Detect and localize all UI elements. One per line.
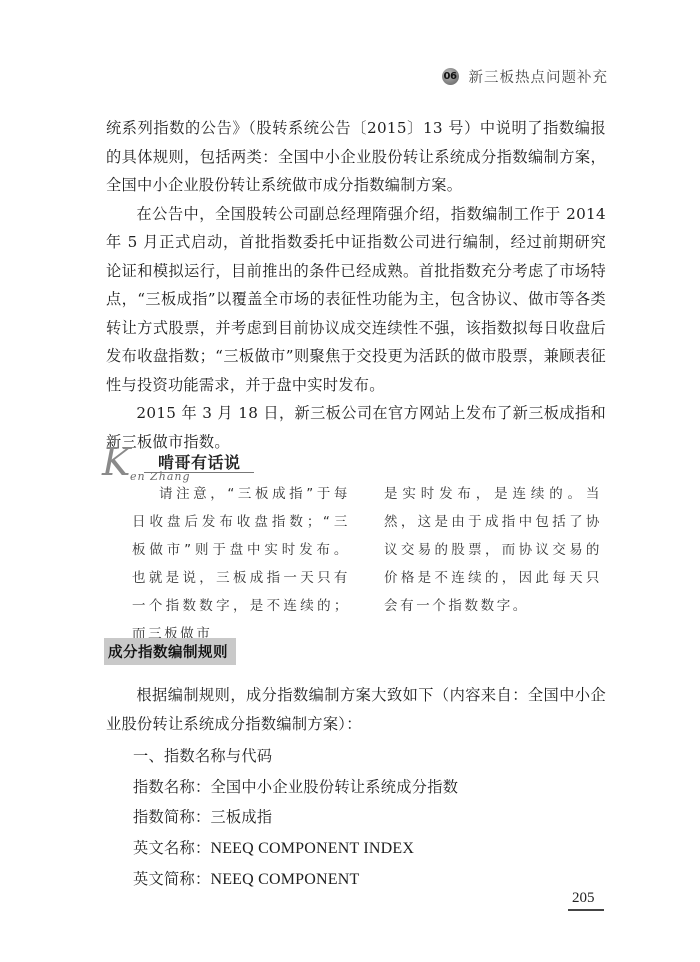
body-paragraphs: 统系列指数的公告》（股转系统公告〔2015〕13 号）中说明了指数编报的具体规则… — [106, 114, 606, 456]
item-value: 三板成指 — [210, 808, 272, 826]
page-number: 205 — [572, 890, 595, 907]
paragraph-announcement: 统系列指数的公告》（股转系统公告〔2015〕13 号）中说明了指数编报的具体规则… — [106, 114, 606, 200]
list-item-english-short-name: 英文简称：NEEQ COMPONENT — [133, 864, 458, 896]
section-intro: 根据编制规则，成分指数编制方案大致如下（内容来自：全国中小企业股份转让系统成分指… — [106, 681, 606, 738]
page-number-rule — [568, 909, 604, 911]
item-label: 英文名称： — [133, 839, 210, 857]
list-item-index-name: 指数名称：全国中小企业股份转让系统成分指数 — [133, 772, 458, 803]
running-header: 06 新三板热点问题补充 — [442, 66, 609, 87]
index-definition-list: 一、指数名称与代码 指数名称：全国中小企业股份转让系统成分指数 指数简称：三板成… — [133, 741, 458, 896]
list-item-english-name: 英文名称：NEEQ COMPONENT INDEX — [133, 833, 458, 865]
callout-body: 请注意，“三板成指”于每日收盘后发布收盘指数；“三板做市”则于盘中实时发布。也就… — [132, 480, 602, 648]
callout-title-underline — [144, 472, 254, 473]
item-value: NEEQ COMPONENT — [210, 871, 359, 888]
callout-title: 啃哥有话说 — [158, 450, 241, 473]
list-item-index-short-name: 指数简称：三板成指 — [133, 802, 458, 833]
item-value: NEEQ COMPONENT INDEX — [210, 840, 414, 857]
section-heading: 成分指数编制规则 — [104, 638, 236, 665]
item-label: 英文简称： — [133, 870, 210, 888]
paragraph-launch: 在公告中，全国股转公司副总经理隋强介绍，指数编制工作于 2014 年 5 月正式… — [106, 200, 606, 400]
item-value: 全国中小企业股份转让系统成分指数 — [210, 778, 458, 796]
list-item-heading: 一、指数名称与代码 — [133, 741, 458, 772]
callout-left-column: 请注意，“三板成指”于每日收盘后发布收盘指数；“三板做市”则于盘中实时发布。也就… — [132, 480, 350, 648]
chapter-number-badge: 06 — [442, 68, 459, 85]
script-k-logo-icon: K — [102, 440, 130, 484]
item-label: 指数简称： — [133, 808, 210, 826]
book-page: 06 新三板热点问题补充 统系列指数的公告》（股转系统公告〔2015〕13 号）… — [0, 0, 700, 962]
chapter-title: 新三板热点问题补充 — [469, 66, 609, 87]
callout-right-column: 是实时发布，是连续的。当然，这是由于成指中包括了协议交易的股票，而协议交易的价格… — [384, 480, 602, 648]
item-label: 指数名称： — [133, 778, 210, 796]
